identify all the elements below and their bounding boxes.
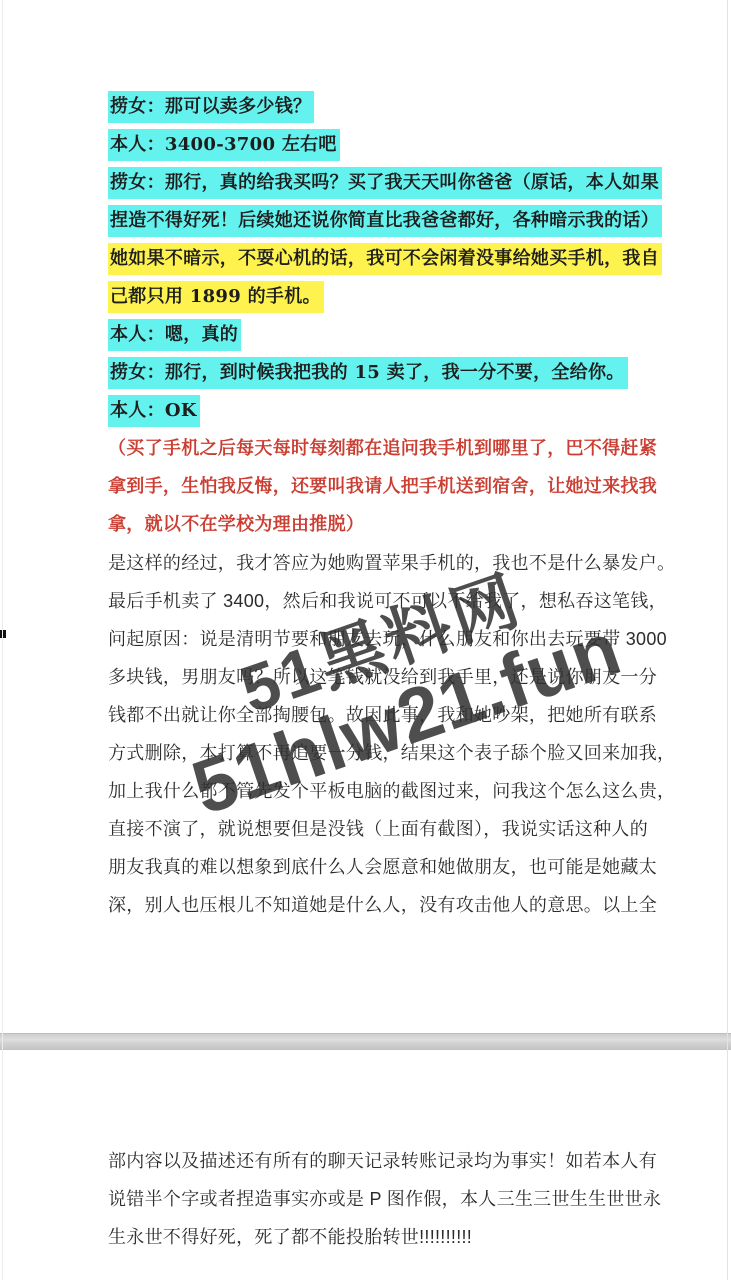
body-text: 朋友我真的难以想象到底什么人会愿意和她做朋友，也可能是她藏太 (108, 857, 657, 877)
stray-ink-dot (0, 630, 6, 638)
red-note-text: （买了手机之后每天每时每刻都在追问我手机到哪里了，巴不得赶紧 (108, 438, 657, 459)
text-line: 钱都不出就让你全部掏腰包。故因此事，我和她吵架，把她所有联系 (108, 696, 691, 734)
text-line: 本人：3400-3700 左右吧 (108, 126, 691, 164)
body-text: 方式删除，本打算不再追要一分钱，结果这个表子舔个脸又回来加我， (108, 743, 675, 763)
body-text: 问起原因：说是清明节要和朋友去玩，什么朋友和你出去玩要带 3000 (108, 629, 667, 649)
text-line: 深，别人也压根儿不知道她是什么人，没有攻击他人的意思。以上全 (108, 886, 691, 924)
text-line: 她如果不暗示，不耍心机的话，我可不会闲着没事给她买手机，我自 (108, 240, 691, 278)
text-line: 部内容以及描述还有所有的聊天记录转账记录均为事实！如若本人有 (108, 1142, 691, 1180)
text-line: 最后手机卖了 3400，然后和我说可不可以不给我了，想私吞这笔钱， (108, 582, 691, 620)
body-text: 说错半个字或者捏造事实亦或是 P 图作假，本人三生三世生生世世永 (108, 1189, 661, 1209)
highlighted-text: 捏造不得好死！后续她还说你简直比我爸爸都好，各种暗示我的话） (108, 205, 662, 237)
text-line: 捞女：那行，真的给我买吗？买了我天天叫你爸爸（原话，本人如果 (108, 164, 691, 202)
highlighted-text: 捞女：那行，真的给我买吗？买了我天天叫你爸爸（原话，本人如果 (108, 167, 662, 199)
text-line: 本人：OK (108, 392, 691, 430)
body-text: 钱都不出就让你全部掏腰包。故因此事，我和她吵架，把她所有联系 (108, 705, 657, 725)
text-line: 拿，就以不在学校为理由推脱） (108, 506, 691, 544)
screenshot-left-edge (2, 0, 3, 1280)
screenshot-right-edge (727, 0, 728, 1280)
body-text: 多块钱，男朋友吗？所以这笔钱就没给到我手里，还是说你朋友一分 (108, 667, 657, 687)
red-note-text: 拿，就以不在学校为理由推脱） (108, 514, 364, 535)
text-line: 说错半个字或者捏造事实亦或是 P 图作假，本人三生三世生生世世永 (108, 1180, 691, 1218)
text-line: 直接不演了，就说想要但是没钱（上面有截图），我说实话这种人的 (108, 810, 691, 848)
highlighted-text: 她如果不暗示，不耍心机的话，我可不会闲着没事给她买手机，我自 (108, 243, 662, 275)
red-note-text: 拿到手，生怕我反悔，还要叫我请人把手机送到宿舍，让她过来找我 (108, 476, 657, 497)
text-line: （买了手机之后每天每时每刻都在追问我手机到哪里了，巴不得赶紧 (108, 430, 691, 468)
body-text: 深，别人也压根儿不知道她是什么人，没有攻击他人的意思。以上全 (108, 895, 657, 915)
highlighted-text: 本人：3400-3700 左右吧 (108, 129, 340, 161)
highlighted-text: 本人：嗯，真的 (108, 319, 241, 351)
text-line: 捞女：那行，到时候我把我的 15 卖了，我一分不要，全给你。 (108, 354, 691, 392)
text-line: 方式删除，本打算不再追要一分钱，结果这个表子舔个脸又回来加我， (108, 734, 691, 772)
page-1-text-block: 捞女：那可以卖多少钱？本人：3400-3700 左右吧捞女：那行，真的给我买吗？… (0, 6, 731, 924)
text-line: 生永世不得好死，死了都不能投胎转世!!!!!!!!!! (108, 1218, 691, 1256)
highlighted-text: 捞女：那行，到时候我把我的 15 卖了，我一分不要，全给你。 (108, 357, 628, 389)
document-page-2: 部内容以及描述还有所有的聊天记录转账记录均为事实！如若本人有说错半个字或者捏造事… (0, 1050, 731, 1280)
text-line: 捏造不得好死！后续她还说你简直比我爸爸都好，各种暗示我的话） (108, 202, 691, 240)
page-break-separator (0, 1033, 731, 1050)
text-line: 拿到手，生怕我反悔，还要叫我请人把手机送到宿舍，让她过来找我 (108, 468, 691, 506)
document-page-1: 捞女：那可以卖多少钱？本人：3400-3700 左右吧捞女：那行，真的给我买吗？… (0, 0, 731, 1033)
body-text: 是这样的经过，我才答应为她购置苹果手机的，我也不是什么暴发户。 (108, 553, 675, 573)
document-screenshot: { "colors":{ "highlight_cyan":"#64f2ee",… (0, 0, 731, 1280)
text-line: 加上我什么都不管先发个平板电脑的截图过来，问我这个怎么这么贵， (108, 772, 691, 810)
text-line: 问起原因：说是清明节要和朋友去玩，什么朋友和你出去玩要带 3000 (108, 620, 691, 658)
body-text: 生永世不得好死，死了都不能投胎转世!!!!!!!!!! (108, 1227, 472, 1247)
highlighted-text: 己都只用 1899 的手机。 (108, 281, 324, 313)
text-line: 是这样的经过，我才答应为她购置苹果手机的，我也不是什么暴发户。 (108, 544, 691, 582)
text-line: 朋友我真的难以想象到底什么人会愿意和她做朋友，也可能是她藏太 (108, 848, 691, 886)
highlighted-text: 捞女：那可以卖多少钱？ (108, 91, 314, 123)
text-line: 捞女：那可以卖多少钱？ (108, 88, 691, 126)
text-line: 多块钱，男朋友吗？所以这笔钱就没给到我手里，还是说你朋友一分 (108, 658, 691, 696)
body-text: 直接不演了，就说想要但是没钱（上面有截图），我说实话这种人的 (108, 819, 648, 839)
body-text: 部内容以及描述还有所有的聊天记录转账记录均为事实！如若本人有 (108, 1151, 657, 1171)
body-text: 最后手机卖了 3400，然后和我说可不可以不给我了，想私吞这笔钱， (108, 591, 667, 611)
text-line: 本人：嗯，真的 (108, 316, 691, 354)
page-2-text-block: 部内容以及描述还有所有的聊天记录转账记录均为事实！如若本人有说错半个字或者捏造事… (0, 1050, 731, 1256)
body-text: 加上我什么都不管先发个平板电脑的截图过来，问我这个怎么这么贵， (108, 781, 675, 801)
text-line: 己都只用 1899 的手机。 (108, 278, 691, 316)
highlighted-text: 本人：OK (108, 395, 200, 427)
